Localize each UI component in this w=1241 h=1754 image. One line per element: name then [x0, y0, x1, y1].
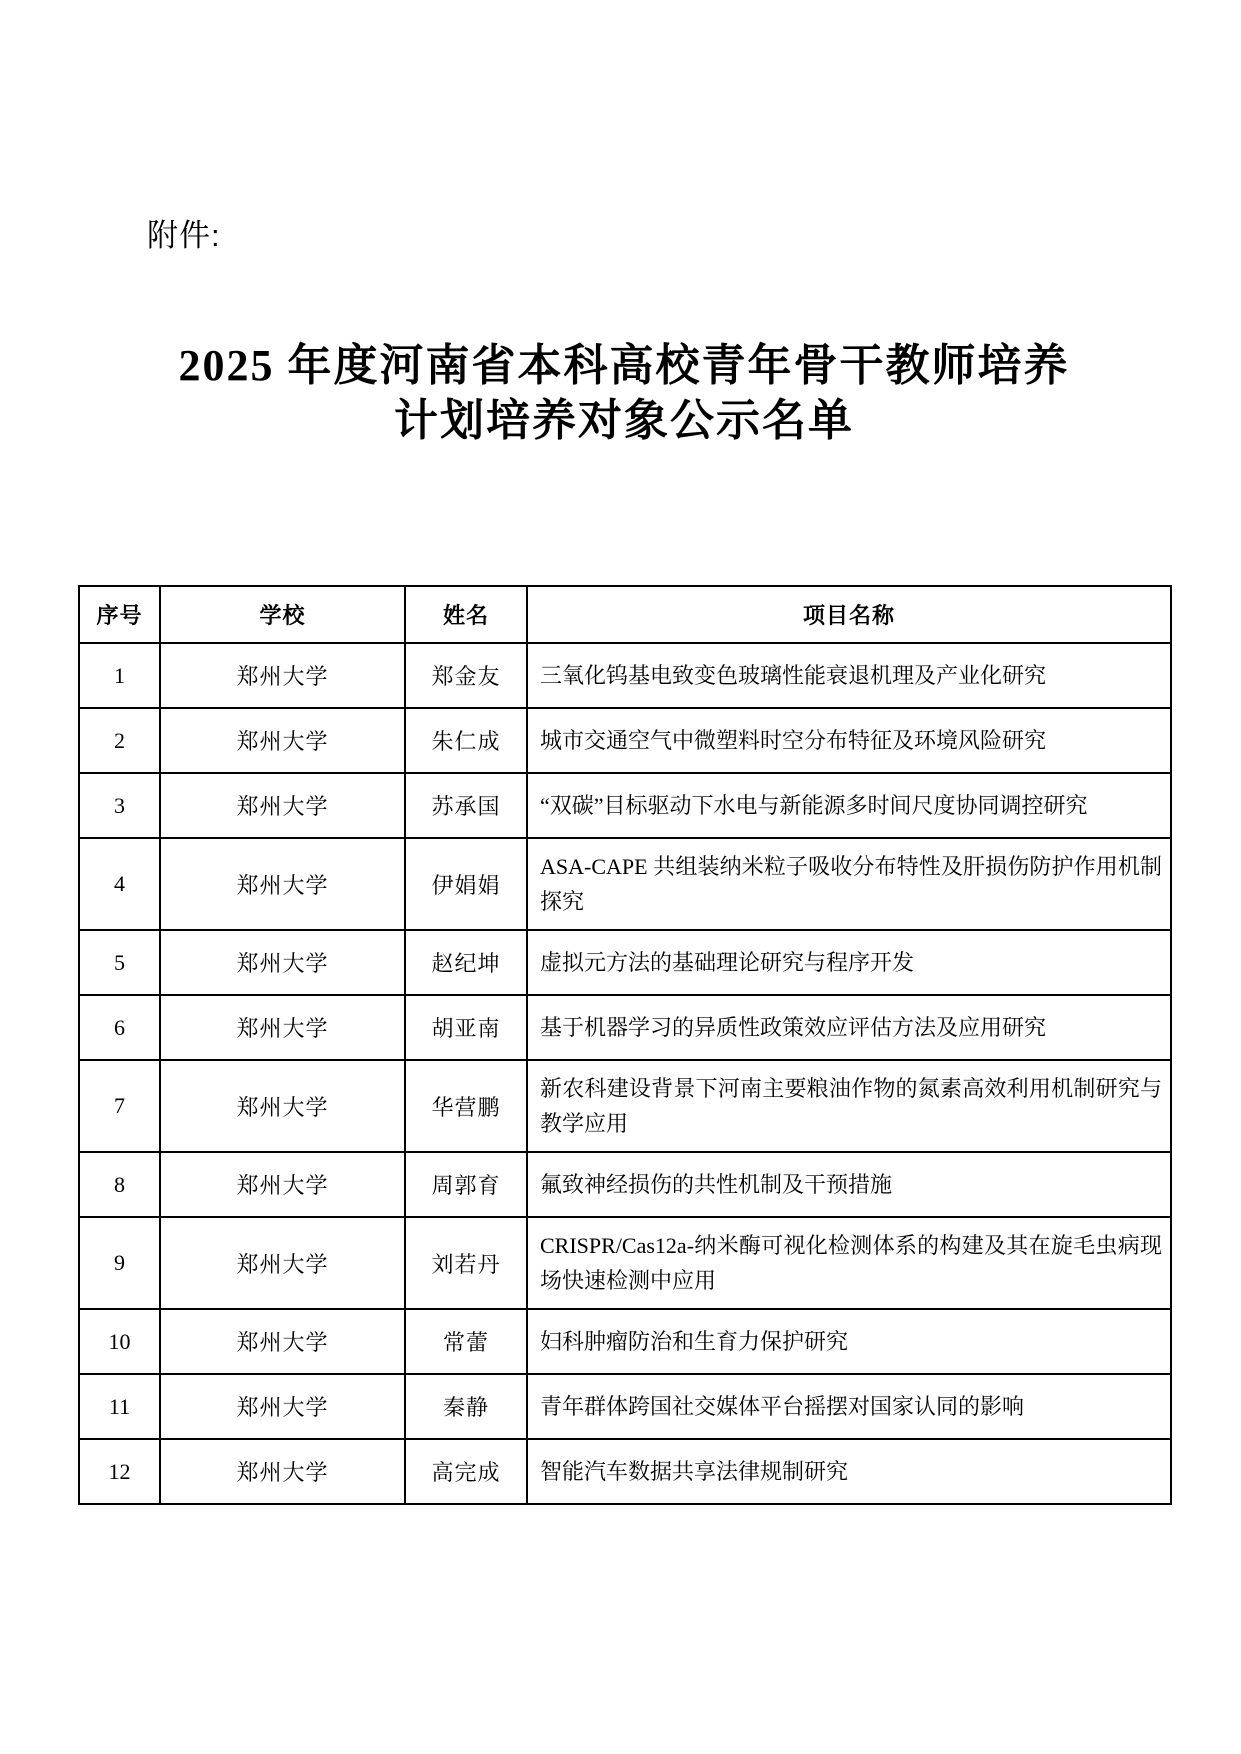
name-cell: 胡亚南	[405, 995, 527, 1060]
row-number-cell: 7	[79, 1060, 160, 1152]
project-cell: 虚拟元方法的基础理论研究与程序开发	[527, 930, 1171, 995]
project-cell: 三氧化钨基电致变色玻璃性能衰退机理及产业化研究	[527, 643, 1171, 708]
row-number-cell: 1	[79, 643, 160, 708]
table-row: 4 郑州大学 伊娟娟 ASA-CAPE 共组装纳米粒子吸收分布特性及肝损伤防护作…	[79, 838, 1171, 930]
table-row: 8 郑州大学 周郭育 氟致神经损伤的共性机制及干预措施	[79, 1152, 1171, 1217]
table-row: 5 郑州大学 赵纪坤 虚拟元方法的基础理论研究与程序开发	[79, 930, 1171, 995]
project-cell: 智能汽车数据共享法律规制研究	[527, 1439, 1171, 1504]
project-cell: 妇科肿瘤防治和生育力保护研究	[527, 1309, 1171, 1374]
school-cell: 郑州大学	[160, 1152, 405, 1217]
row-number-cell: 3	[79, 773, 160, 838]
table-row: 12 郑州大学 高完成 智能汽车数据共享法律规制研究	[79, 1439, 1171, 1504]
header-cell-school: 学校	[160, 586, 405, 643]
row-number-cell: 5	[79, 930, 160, 995]
project-cell: 城市交通空气中微塑料时空分布特征及环境风险研究	[527, 708, 1171, 773]
title-line-1: 2025 年度河南省本科高校青年骨干教师培养	[78, 338, 1170, 393]
table-row: 6 郑州大学 胡亚南 基于机器学习的异质性政策效应评估方法及应用研究	[79, 995, 1171, 1060]
table-row: 10 郑州大学 常蕾 妇科肿瘤防治和生育力保护研究	[79, 1309, 1171, 1374]
document-page: 附件: 2025 年度河南省本科高校青年骨干教师培养 计划培养对象公示名单 序号…	[0, 0, 1241, 1754]
row-number-cell: 2	[79, 708, 160, 773]
table-body: 1 郑州大学 郑金友 三氧化钨基电致变色玻璃性能衰退机理及产业化研究 2 郑州大…	[79, 643, 1171, 1504]
table-row: 7 郑州大学 华营鹏 新农科建设背景下河南主要粮油作物的氮素高效利用机制研究与教…	[79, 1060, 1171, 1152]
row-number-cell: 10	[79, 1309, 160, 1374]
row-number-cell: 4	[79, 838, 160, 930]
project-cell: ASA-CAPE 共组装纳米粒子吸收分布特性及肝损伤防护作用机制探究	[527, 838, 1171, 930]
name-cell: 伊娟娟	[405, 838, 527, 930]
school-cell: 郑州大学	[160, 930, 405, 995]
project-cell: 基于机器学习的异质性政策效应评估方法及应用研究	[527, 995, 1171, 1060]
row-number-cell: 6	[79, 995, 160, 1060]
school-cell: 郑州大学	[160, 1374, 405, 1439]
document-title: 2025 年度河南省本科高校青年骨干教师培养 计划培养对象公示名单	[78, 338, 1170, 448]
table-row: 11 郑州大学 秦静 青年群体跨国社交媒体平台摇摆对国家认同的影响	[79, 1374, 1171, 1439]
project-cell: “双碳”目标驱动下水电与新能源多时间尺度协同调控研究	[527, 773, 1171, 838]
school-cell: 郑州大学	[160, 1060, 405, 1152]
name-cell: 郑金友	[405, 643, 527, 708]
header-cell-number: 序号	[79, 586, 160, 643]
row-number-cell: 11	[79, 1374, 160, 1439]
school-cell: 郑州大学	[160, 1309, 405, 1374]
project-cell: CRISPR/Cas12a-纳米酶可视化检测体系的构建及其在旋毛虫病现场快速检测…	[527, 1217, 1171, 1309]
table-row: 9 郑州大学 刘若丹 CRISPR/Cas12a-纳米酶可视化检测体系的构建及其…	[79, 1217, 1171, 1309]
name-cell: 常蕾	[405, 1309, 527, 1374]
project-cell: 青年群体跨国社交媒体平台摇摆对国家认同的影响	[527, 1374, 1171, 1439]
table-row: 3 郑州大学 苏承国 “双碳”目标驱动下水电与新能源多时间尺度协同调控研究	[79, 773, 1171, 838]
candidates-table: 序号 学校 姓名 项目名称 1 郑州大学 郑金友 三氧化钨基电致变色玻璃性能衰退…	[78, 585, 1172, 1505]
name-cell: 高完成	[405, 1439, 527, 1504]
name-cell: 苏承国	[405, 773, 527, 838]
table-row: 2 郑州大学 朱仁成 城市交通空气中微塑料时空分布特征及环境风险研究	[79, 708, 1171, 773]
name-cell: 刘若丹	[405, 1217, 527, 1309]
school-cell: 郑州大学	[160, 838, 405, 930]
school-cell: 郑州大学	[160, 773, 405, 838]
name-cell: 赵纪坤	[405, 930, 527, 995]
header-cell-name: 姓名	[405, 586, 527, 643]
school-cell: 郑州大学	[160, 643, 405, 708]
table-row: 1 郑州大学 郑金友 三氧化钨基电致变色玻璃性能衰退机理及产业化研究	[79, 643, 1171, 708]
table-header-row: 序号 学校 姓名 项目名称	[79, 586, 1171, 643]
name-cell: 朱仁成	[405, 708, 527, 773]
school-cell: 郑州大学	[160, 1217, 405, 1309]
name-cell: 秦静	[405, 1374, 527, 1439]
school-cell: 郑州大学	[160, 708, 405, 773]
attachment-label: 附件:	[147, 210, 221, 255]
title-line-2: 计划培养对象公示名单	[78, 393, 1170, 448]
project-cell: 氟致神经损伤的共性机制及干预措施	[527, 1152, 1171, 1217]
school-cell: 郑州大学	[160, 995, 405, 1060]
header-cell-project: 项目名称	[527, 586, 1171, 643]
name-cell: 华营鹏	[405, 1060, 527, 1152]
name-cell: 周郭育	[405, 1152, 527, 1217]
row-number-cell: 8	[79, 1152, 160, 1217]
row-number-cell: 9	[79, 1217, 160, 1309]
row-number-cell: 12	[79, 1439, 160, 1504]
project-cell: 新农科建设背景下河南主要粮油作物的氮素高效利用机制研究与教学应用	[527, 1060, 1171, 1152]
school-cell: 郑州大学	[160, 1439, 405, 1504]
